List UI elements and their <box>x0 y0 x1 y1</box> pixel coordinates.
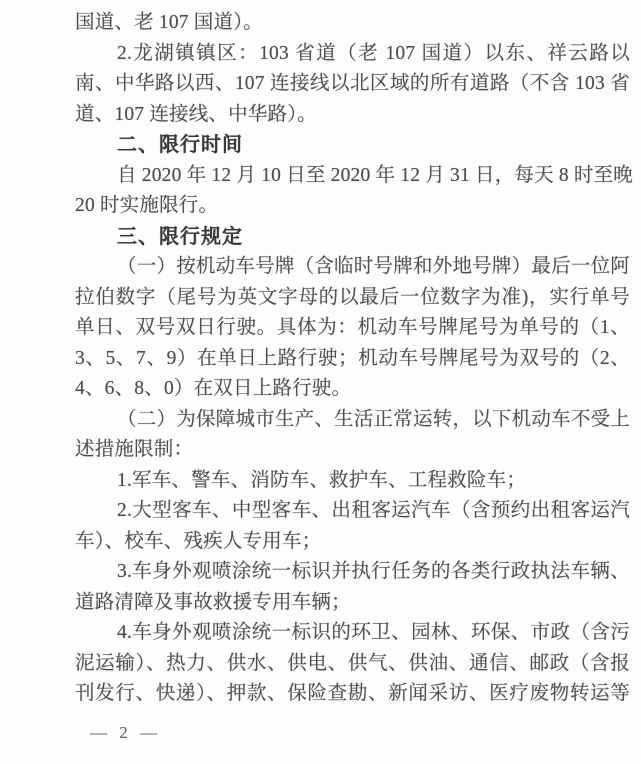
document-line: 道、107 连接线、中华路）。 <box>75 100 630 131</box>
document-line: （二）为保障城市生产、生活正常运转，以下机动车不受上 <box>75 405 630 436</box>
document-line: 2.龙湖镇镇区：103 省道（老 107 国道）以东、祥云路以 <box>75 39 630 70</box>
page-number: — 2 — <box>90 720 161 746</box>
document-line: 3.车身外观喷涂统一标识并执行任务的各类行政执法车辆、 <box>75 557 630 588</box>
document-line: 泥运输）、热力、供水、供电、供气、供油、通信、邮政（含报 <box>75 649 630 680</box>
document-line: 20 时实施限行。 <box>75 191 630 222</box>
document-line: 拉伯数字（尾号为英文字母的以最后一位数字为准)，实行单号 <box>75 283 630 314</box>
document-line: 南、中华路以西、107 连接线以北区域的所有道路（不含 103 省 <box>75 69 630 100</box>
document-line: 自 2020 年 12 月 10 日至 2020 年 12 月 31 日，每天 … <box>75 161 630 192</box>
document-line: 1.军车、警车、消防车、救护车、工程救险车； <box>75 466 630 497</box>
document-line: 3、5、7、9）在单日上路行驶；机动车号牌尾号为双号的（2、 <box>75 344 630 375</box>
document-line: 4.车身外观喷涂统一标识的环卫、园林、环保、市政（含污 <box>75 618 630 649</box>
document-line: 单日、双号双日行驶。具体为：机动车号牌尾号为单号的（1、 <box>75 313 630 344</box>
document-line: 刊发行、快递）、押款、保险查勘、新闻采访、医疗废物转运等 <box>75 679 630 710</box>
document-line: （一）按机动车号牌（含临时号牌和外地号牌）最后一位阿 <box>75 252 630 283</box>
document-line: 述措施限制： <box>75 435 630 466</box>
document-line: 道路清障及事故救援专用车辆； <box>75 588 630 619</box>
document-line: 4、6、8、0）在双日上路行驶。 <box>75 374 630 405</box>
document-line: 2.大型客车、中型客车、出租客运汽车（含预约出租客运汽 <box>75 496 630 527</box>
document-text-block: 国道、老 107 国道）。 2.龙湖镇镇区：103 省道（老 107 国道）以东… <box>75 8 630 710</box>
document-line: 车）、校车、残疾人专用车； <box>75 527 630 558</box>
section-heading-restriction-time: 二、限行时间 <box>75 130 630 161</box>
document-page: 国道、老 107 国道）。 2.龙湖镇镇区：103 省道（老 107 国道）以东… <box>0 0 641 764</box>
document-line: 国道、老 107 国道）。 <box>75 8 630 39</box>
section-heading-restriction-rules: 三、限行规定 <box>75 222 630 253</box>
